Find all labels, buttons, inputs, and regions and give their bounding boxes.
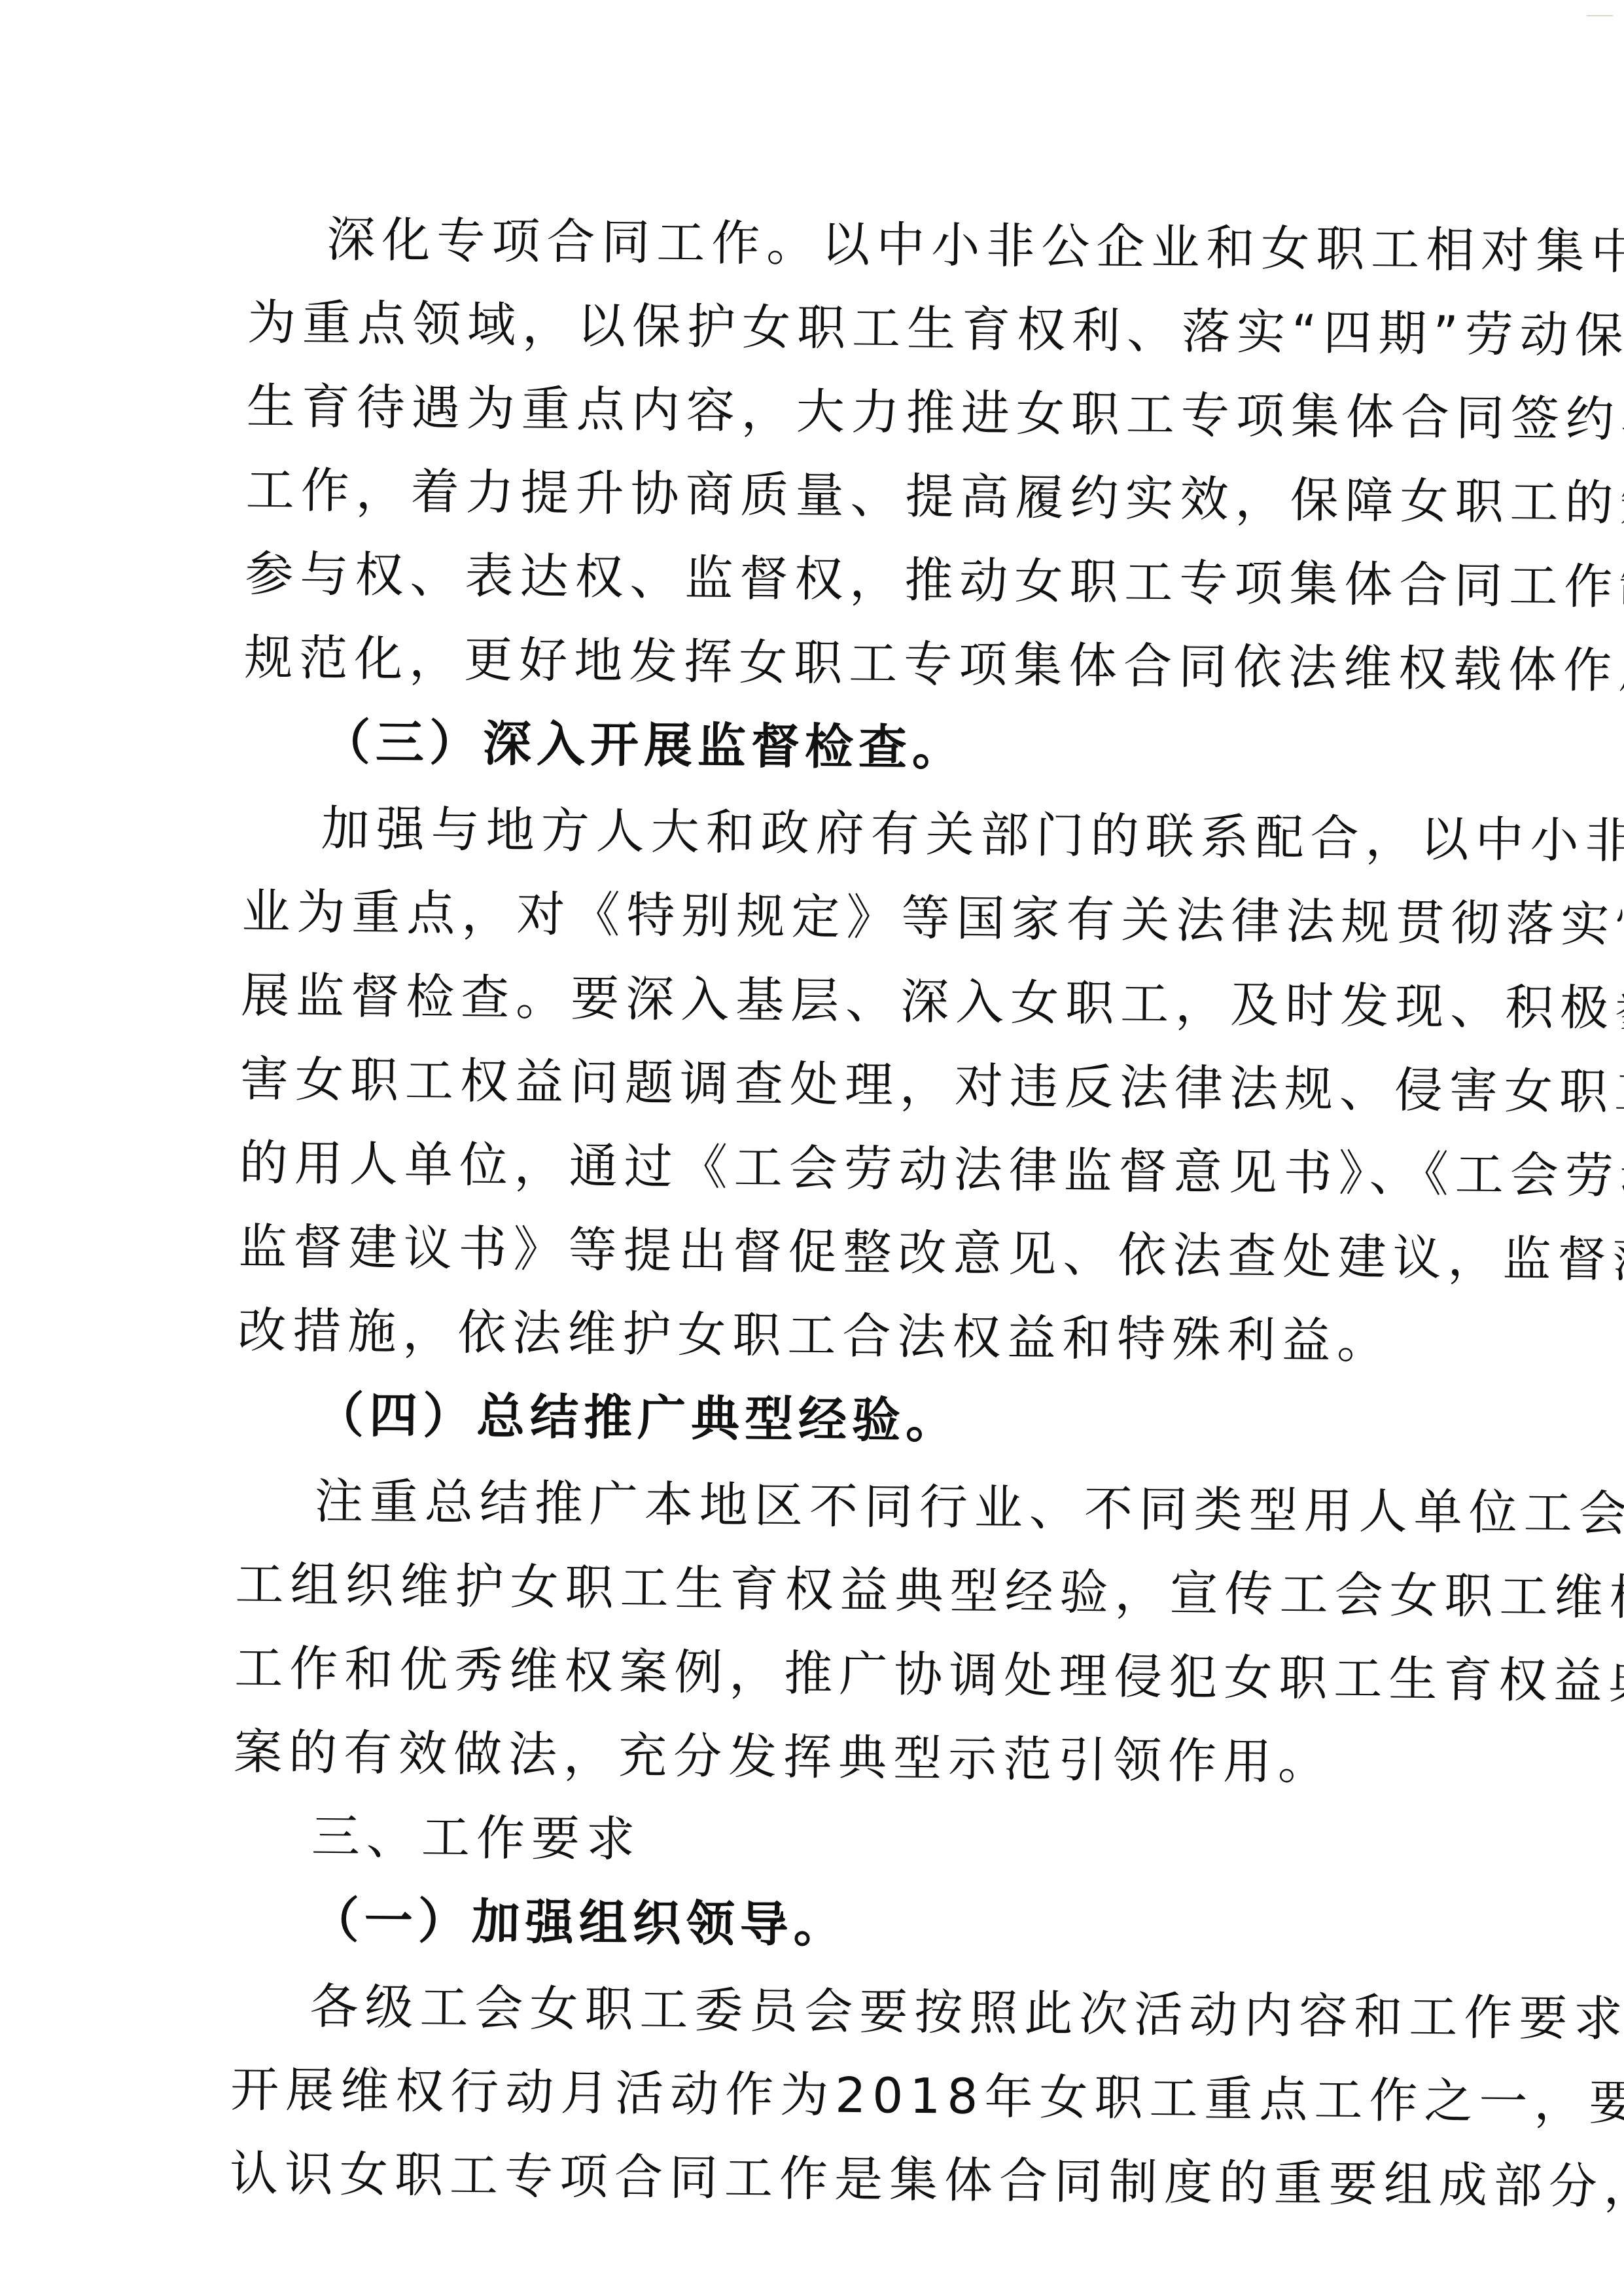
- paragraph-line: 工组织维护女职工生育权益典型经验，宣传工会女职工维权品牌: [235, 1542, 1624, 1642]
- paragraph-line: 业为重点，对《特别规定》等国家有关法律法规贯彻落实情况开: [241, 869, 1624, 969]
- section-heading-3: （三）深入开展监督检查。: [321, 700, 966, 791]
- paragraph-line: 加强与地方人大和政府有关部门的联系配合，以中小非公企: [321, 786, 1624, 885]
- paragraph-line: 改措施，依法维护女职工合法权益和特殊利益。: [238, 1288, 1392, 1384]
- paragraph-line: 认识女职工专项合同工作是集体合同制度的重要组成部分，是工: [229, 2131, 1624, 2231]
- document-body: 深化专项合同工作。以中小非公企业和女职工相对集中行业 为重点领域，以保护女职工生…: [249, 196, 1374, 207]
- paragraph-line: 为重点领域，以保护女职工生育权利、落实“四期”劳动保护和: [247, 280, 1624, 380]
- paragraph-line: 各级工会女职工委员会要按照此次活动内容和工作要求，将: [309, 1964, 1624, 2063]
- scan-artifact: [1587, 15, 1613, 16]
- paragraph-line: 展监督检查。要深入基层、深入女职工，及时发现、积极参与侵: [241, 953, 1624, 1053]
- paragraph-line: 害女职工权益问题调查处理，对违反法律法规、侵害女职工权益: [239, 1037, 1624, 1137]
- paragraph-line: 工作和优秀维权案例，推广协调处理侵犯女职工生育权益典型个: [234, 1626, 1624, 1726]
- section-title-work-requirements: 三、工作要求: [311, 1794, 641, 1882]
- section-heading-4: （四）总结推广典型经验。: [315, 1372, 960, 1463]
- paragraph-line: 案的有效做法，充分发挥典型示范引领作用。: [234, 1710, 1333, 1805]
- paragraph-line: 开展维权行动月活动作为2018年女职工重点工作之一，要充分: [230, 2047, 1624, 2147]
- document-page: 深化专项合同工作。以中小非公企业和女职工相对集中行业 为重点领域，以保护女职工生…: [0, 0, 1624, 2296]
- paragraph-line: 注重总结推广本地区不同行业、不同类型用人单位工会女职: [314, 1459, 1624, 1558]
- paragraph-line: 的用人单位，通过《工会劳动法律监督意见书》、《工会劳动法律: [239, 1121, 1624, 1221]
- paragraph-line: 监督建议书》等提出督促整改意见、依法查处建议，监督落实整: [238, 1204, 1624, 1304]
- paragraph-line: 生育待遇为重点内容，大力推进女职工专项集体合同签约、履约: [246, 364, 1624, 464]
- section-heading-1: （一）加强组织领导。: [310, 1878, 847, 1968]
- paragraph-line: 规范化，更好地发挥女职工专项集体合同依法维权载体作用。: [244, 615, 1624, 715]
- paragraph-line: 深化专项合同工作。以中小非公企业和女职工相对集中行业: [327, 197, 1624, 296]
